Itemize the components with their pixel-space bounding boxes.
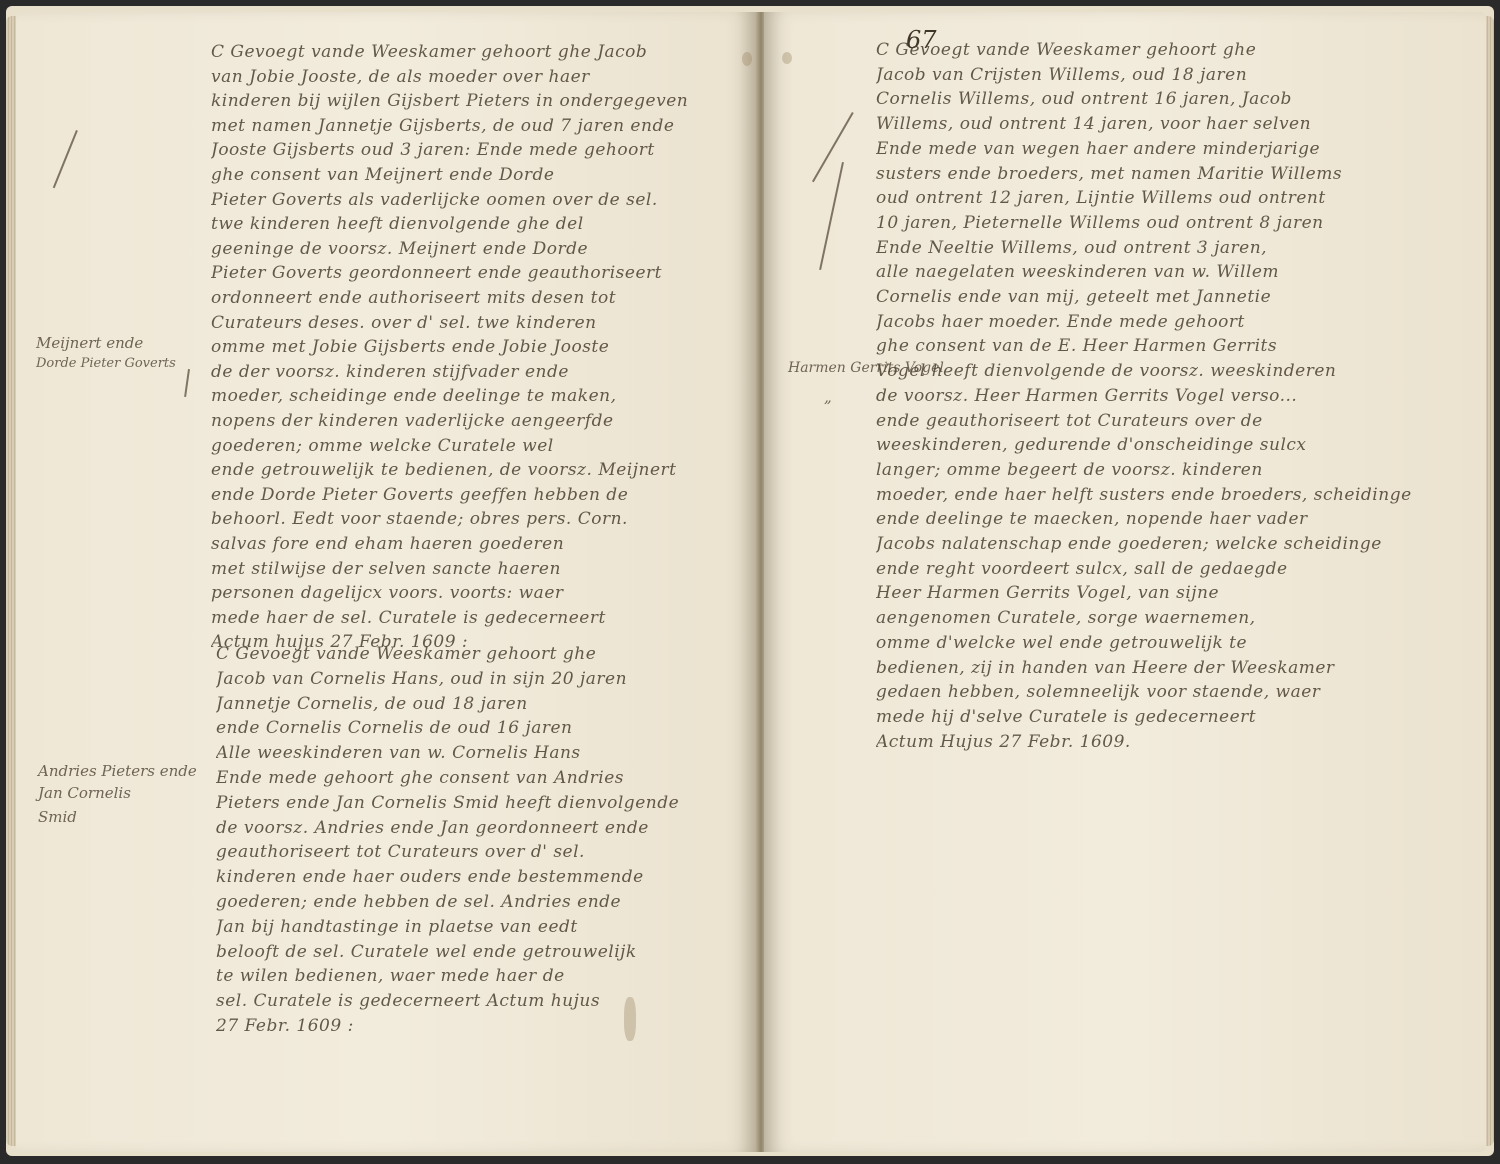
manuscript-line: met namen Jannetje Gijsberts, de oud 7 j… [211,116,731,136]
manuscript-line: de voorsz. Andries ende Jan geordonneert… [216,818,716,838]
manuscript-line: bedienen, zij in handen van Heere der We… [876,658,1446,678]
margin-note: Jan Cornelis [38,784,131,802]
margin-note: Harmen Gerrits Vogel [788,360,944,376]
manuscript-line: Jan bij handtastinge in plaetse van eedt [216,917,716,937]
margin-note: Andries Pieters ende [38,762,197,780]
manuscript-line: behoorl. Eedt voor staende; obres pers. … [211,509,731,529]
manuscript-line: C Gevoegt vande Weeskamer gehoort ghe Ja… [211,42,731,62]
manuscript-line: geauthoriseert tot Curateurs over d' sel… [216,842,716,862]
manuscript-line: Jacobs nalatenschap ende goederen; welck… [876,534,1446,554]
margin-pen-stroke [53,130,78,188]
manuscript-line: geeninge de voorsz. Meijnert ende Dorde [211,239,731,259]
manuscript-line: moeder, scheidinge ende deelinge te make… [211,386,731,406]
manuscript-line: Pieter Goverts als vaderlijcke oomen ove… [211,190,731,210]
margin-note: Smid [38,808,77,826]
manuscript-line: moeder, ende haer helft susters ende bro… [876,485,1446,505]
manuscript-line: ghe consent van Meijnert ende Dorde [211,165,731,185]
margin-note: Dorde Pieter Goverts [36,356,176,371]
paper-stain [624,997,636,1041]
manuscript-line: ghe consent van de E. Heer Harmen Gerrit… [876,336,1446,356]
right-page: 67 C Gevoegt vande Weeskamer gehoort ghe… [764,12,1486,1152]
manuscript-line: Heer Harmen Gerrits Vogel, van sijne [876,583,1446,603]
manuscript-line: kinderen bij wijlen Gijsbert Pieters in … [211,91,731,111]
manuscript-line: Alle weeskinderen van w. Cornelis Hans [216,743,716,763]
manuscript-line: goederen; omme welcke Curatele wel [211,436,731,456]
manuscript-line: omme d'welcke wel ende getrouwelijk te [876,633,1446,653]
manuscript-line: weeskinderen, gedurende d'onscheidinge s… [876,435,1446,455]
manuscript-line: Vogel heeft dienvolgende de voorsz. wees… [876,361,1446,381]
manuscript-line: ordonneert ende authoriseert mits desen … [211,288,731,308]
margin-note: Meijnert ende [36,334,143,352]
manuscript-line: Actum Hujus 27 Febr. 1609. [876,732,1446,752]
manuscript-line: salvas fore end eham haeren goederen [211,534,731,554]
manuscript-line: met stilwijse der selven sancte haeren [211,559,731,579]
paper-stain [742,52,752,66]
manuscript-line: van Jobie Jooste, de als moeder over hae… [211,67,731,87]
margin-pen-stroke [819,162,844,270]
manuscript-line: kinderen ende haer ouders ende bestemmen… [216,867,716,887]
manuscript-line: langer; omme begeert de voorsz. kinderen [876,460,1446,480]
manuscript-line: oud ontrent 12 jaren, Lijntie Willems ou… [876,188,1446,208]
manuscript-line: belooft de sel. Curatele wel ende getrou… [216,942,716,962]
manuscript-line: ende getrouwelijk te bedienen, de voorsz… [211,460,731,480]
manuscript-line: Jooste Gijsberts oud 3 jaren: Ende mede … [211,140,731,160]
manuscript-line: C Gevoegt vande Weeskamer gehoort ghe [216,644,716,664]
manuscript-line: personen dagelijcx voors. voorts: waer [211,583,731,603]
manuscript-line: Pieters ende Jan Cornelis Smid heeft die… [216,793,716,813]
manuscript-line: Jacob van Crijsten Willems, oud 18 jaren [876,65,1446,85]
manuscript-line: omme met Jobie Gijsberts ende Jobie Joos… [211,337,731,357]
manuscript-line: mede haer de sel. Curatele is gedecernee… [211,608,731,628]
manuscript-line: Cornelis ende van mij, geteelt met Janne… [876,287,1446,307]
manuscript-line: te wilen bedienen, waer mede haer de [216,966,716,986]
manuscript-line: Ende mede van wegen haer andere minderja… [876,139,1446,159]
manuscript-line: Ende mede gehoort ghe consent van Andrie… [216,768,716,788]
manuscript-line: ende Dorde Pieter Goverts geeffen hebben… [211,485,731,505]
open-manuscript-book: C Gevoegt vande Weeskamer gehoort ghe Ja… [6,6,1494,1156]
manuscript-line: 27 Febr. 1609 : [216,1016,716,1036]
manuscript-line: nopens der kinderen vaderlijcke aengeerf… [211,411,731,431]
manuscript-line: de voorsz. Heer Harmen Gerrits Vogel ver… [876,386,1446,406]
manuscript-line: Jacob van Cornelis Hans, oud in sijn 20 … [216,669,716,689]
manuscript-line: Willems, oud ontrent 14 jaren, voor haer… [876,114,1446,134]
manuscript-line: Jacobs haer moeder. Ende mede gehoort [876,312,1446,332]
manuscript-line: Cornelis Willems, oud ontrent 16 jaren, … [876,89,1446,109]
manuscript-line: Curateurs deses. over d' sel. twe kinder… [211,313,731,333]
paper-stain [782,52,792,64]
manuscript-line: mede hij d'selve Curatele is gedecerneer… [876,707,1446,727]
manuscript-line: sel. Curatele is gedecerneert Actum huju… [216,991,716,1011]
manuscript-line: aengenomen Curatele, sorge waernemen, [876,608,1446,628]
manuscript-line: Pieter Goverts geordonneert ende geautho… [211,263,731,283]
manuscript-line: 10 jaren, Pieternelle Willems oud ontren… [876,213,1446,233]
margin-note: „ [824,388,832,406]
manuscript-line: C Gevoegt vande Weeskamer gehoort ghe [876,40,1446,60]
manuscript-line: ende reght voordeert sulcx, sall de geda… [876,559,1446,579]
manuscript-line: ende Cornelis Cornelis de oud 16 jaren [216,718,716,738]
manuscript-line: twe kinderen heeft dienvolgende ghe del [211,214,731,234]
manuscript-line: ende geauthoriseert tot Curateurs over d… [876,411,1446,431]
margin-pen-stroke [812,112,854,182]
manuscript-line: susters ende broeders, met namen Maritie… [876,164,1446,184]
margin-pen-stroke [184,369,190,397]
manuscript-line: Jannetje Cornelis, de oud 18 jaren [216,694,716,714]
manuscript-line: gedaen hebben, solemneelijk voor staende… [876,682,1446,702]
manuscript-line: de der voorsz. kinderen stijfvader ende [211,362,731,382]
left-page: C Gevoegt vande Weeskamer gehoort ghe Ja… [16,12,756,1152]
manuscript-line: alle naegelaten weeskinderen van w. Will… [876,262,1446,282]
manuscript-line: goederen; ende hebben de sel. Andries en… [216,892,716,912]
manuscript-line: ende deelinge te maecken, nopende haer v… [876,509,1446,529]
manuscript-line: Ende Neeltie Willems, oud ontrent 3 jare… [876,238,1446,258]
